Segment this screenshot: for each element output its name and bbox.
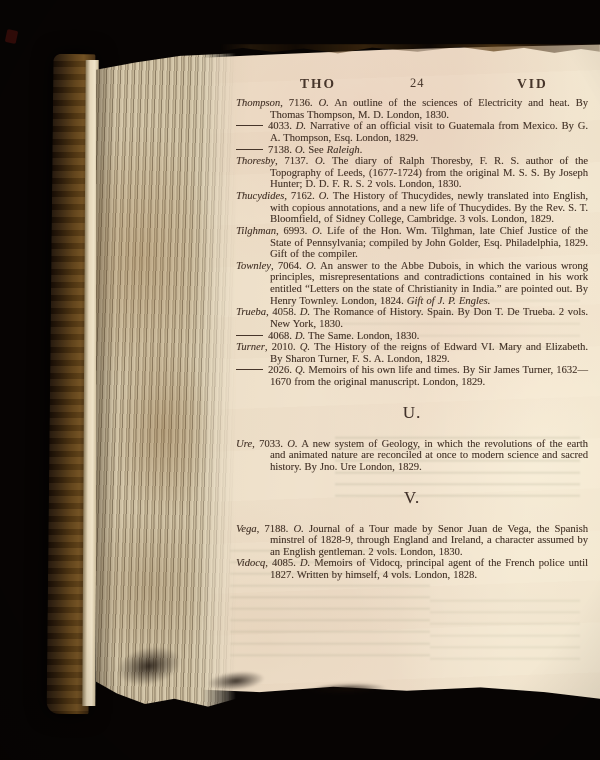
ditto-dash [236, 148, 263, 150]
catalog-entry: Ure, 7033. O. A new system of Geology, i… [236, 439, 588, 474]
catalog-entry: Turner, 2010. Q. The History of the reig… [236, 342, 588, 365]
ditto-dash [236, 124, 263, 126]
catalog-entry: Thoresby, 7137. O. The diary of Ralph Th… [236, 156, 588, 191]
background-red-speck [5, 29, 18, 44]
catalog-entry: 4033. D. Narrative of an official visit … [236, 121, 588, 144]
running-header: THO 24 VID [236, 76, 588, 91]
catalog-entry: Vega, 7188. O. Journal of a Tour made by… [236, 524, 588, 559]
header-section-left: THO [300, 76, 336, 92]
catalog-entries: Thompson, 7136. O. An outline of the sci… [236, 98, 588, 582]
ditto-dash [236, 368, 263, 370]
catalog-entry: Townley, 7064. O. An answer to the Abbe … [236, 261, 588, 308]
catalog-entry: Vidocq, 4085. D. Memoirs of Vidocq, prin… [236, 558, 588, 581]
curled-page-shadow [292, 679, 402, 699]
ditto-dash [236, 334, 263, 336]
catalog-entry: 4068. D. The Same. London, 1830. [236, 331, 588, 343]
catalog-entry: Thucydides, 7162. O. The History of Thuc… [236, 191, 588, 226]
section-heading: V. [236, 489, 588, 507]
header-section-right: VID [517, 76, 548, 92]
catalog-entry: Thompson, 7136. O. An outline of the sci… [236, 98, 588, 121]
catalog-entry: Tilghman, 6993. O. Life of the Hon. Wm. … [236, 226, 588, 261]
printed-page-content: THO 24 VID Thompson, 7136. O. An outline… [236, 76, 588, 582]
catalog-entry: 7138. O. See Raleigh. [236, 145, 588, 157]
header-page-number: 24 [410, 76, 425, 91]
page-fore-edges [96, 48, 236, 708]
catalog-entry: Trueba, 4058. D. The Romance of History.… [236, 307, 588, 330]
book-photo-scene: THO 24 VID Thompson, 7136. O. An outline… [0, 0, 600, 760]
catalog-entry: 2026. Q. Memoirs of his own life and tim… [236, 365, 588, 388]
section-heading: U. [236, 404, 588, 422]
bleedthrough-text-ghost [430, 595, 580, 663]
